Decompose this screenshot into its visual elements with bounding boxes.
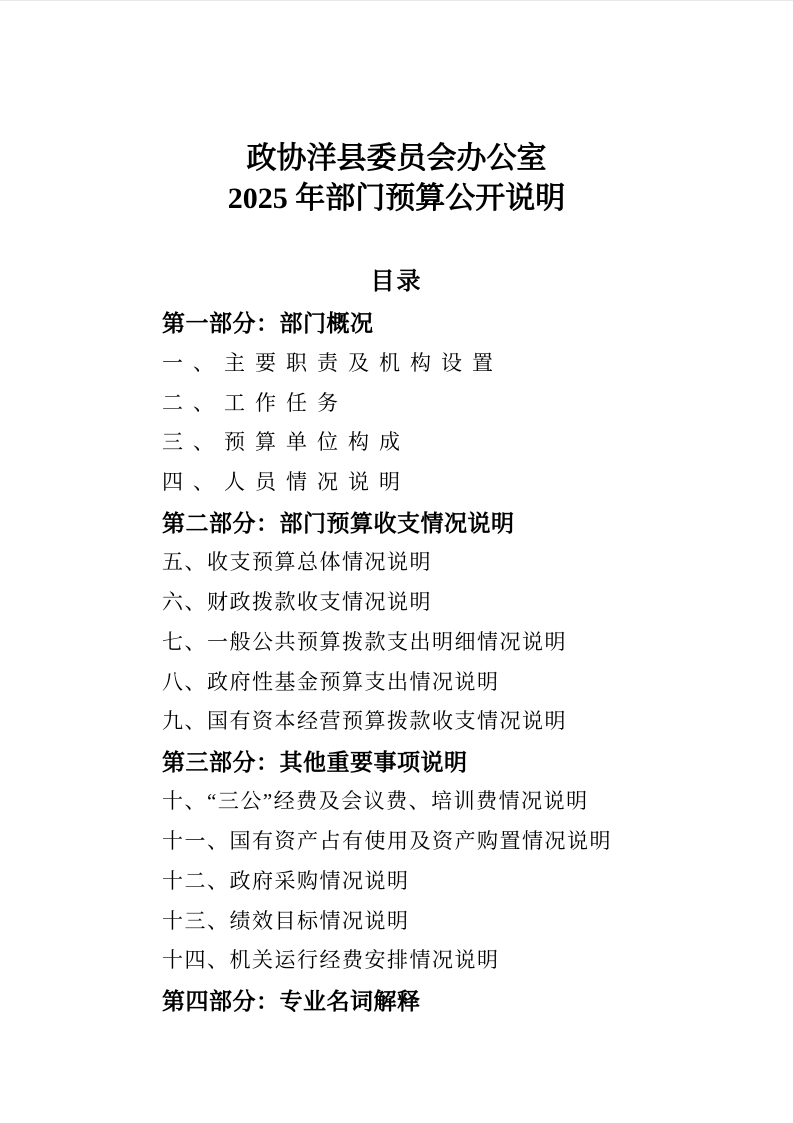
document-title: 政协洋县委员会办公室 2025 年部门预算公开说明 <box>0 139 793 218</box>
toc-entry: 十二、政府采购情况说明 <box>162 860 673 900</box>
toc-entry: 七、一般公共预算拨款支出明细情况说明 <box>162 621 673 661</box>
toc-entry: 六、财政拨款收支情况说明 <box>162 581 673 621</box>
toc-section-heading: 第三部分：其他重要事项说明 <box>162 740 673 780</box>
toc-entry: 二、工作任务 <box>162 382 673 422</box>
toc-entry: 十、“三公”经费及会议费、培训费情况说明 <box>162 780 673 820</box>
toc-entry: 五、收支预算总体情况说明 <box>162 541 673 581</box>
toc-entry: 九、国有资本经营预算拨款收支情况说明 <box>162 700 673 740</box>
toc-entry: 三、预算单位构成 <box>162 422 673 462</box>
toc-section-heading: 第一部分：部门概况 <box>162 302 673 342</box>
document-title-line1: 政协洋县委员会办公室 <box>0 139 793 179</box>
document-page: 政协洋县委员会办公室 2025 年部门预算公开说明 目录 第一部分：部门概况 一… <box>0 0 793 1123</box>
document-title-line2: 2025 年部门预算公开说明 <box>0 179 793 219</box>
toc-entry: 一、主要职责及机构设置 <box>162 342 673 382</box>
toc-entry: 八、政府性基金预算支出情况说明 <box>162 661 673 701</box>
toc-entry: 十一、国有资产占有使用及资产购置情况说明 <box>162 820 673 860</box>
toc-section-heading: 第四部分：专业名词解释 <box>162 979 673 1019</box>
toc-entry: 四、人员情况说明 <box>162 461 673 501</box>
toc-heading: 目录 <box>0 258 793 298</box>
toc-entry: 十三、绩效目标情况说明 <box>162 900 673 940</box>
toc-entry: 十四、机关运行经费安排情况说明 <box>162 940 673 980</box>
toc-section-heading: 第二部分：部门预算收支情况说明 <box>162 501 673 541</box>
toc-list: 第一部分：部门概况 一、主要职责及机构设置 二、工作任务 三、预算单位构成 四、… <box>0 302 793 1019</box>
